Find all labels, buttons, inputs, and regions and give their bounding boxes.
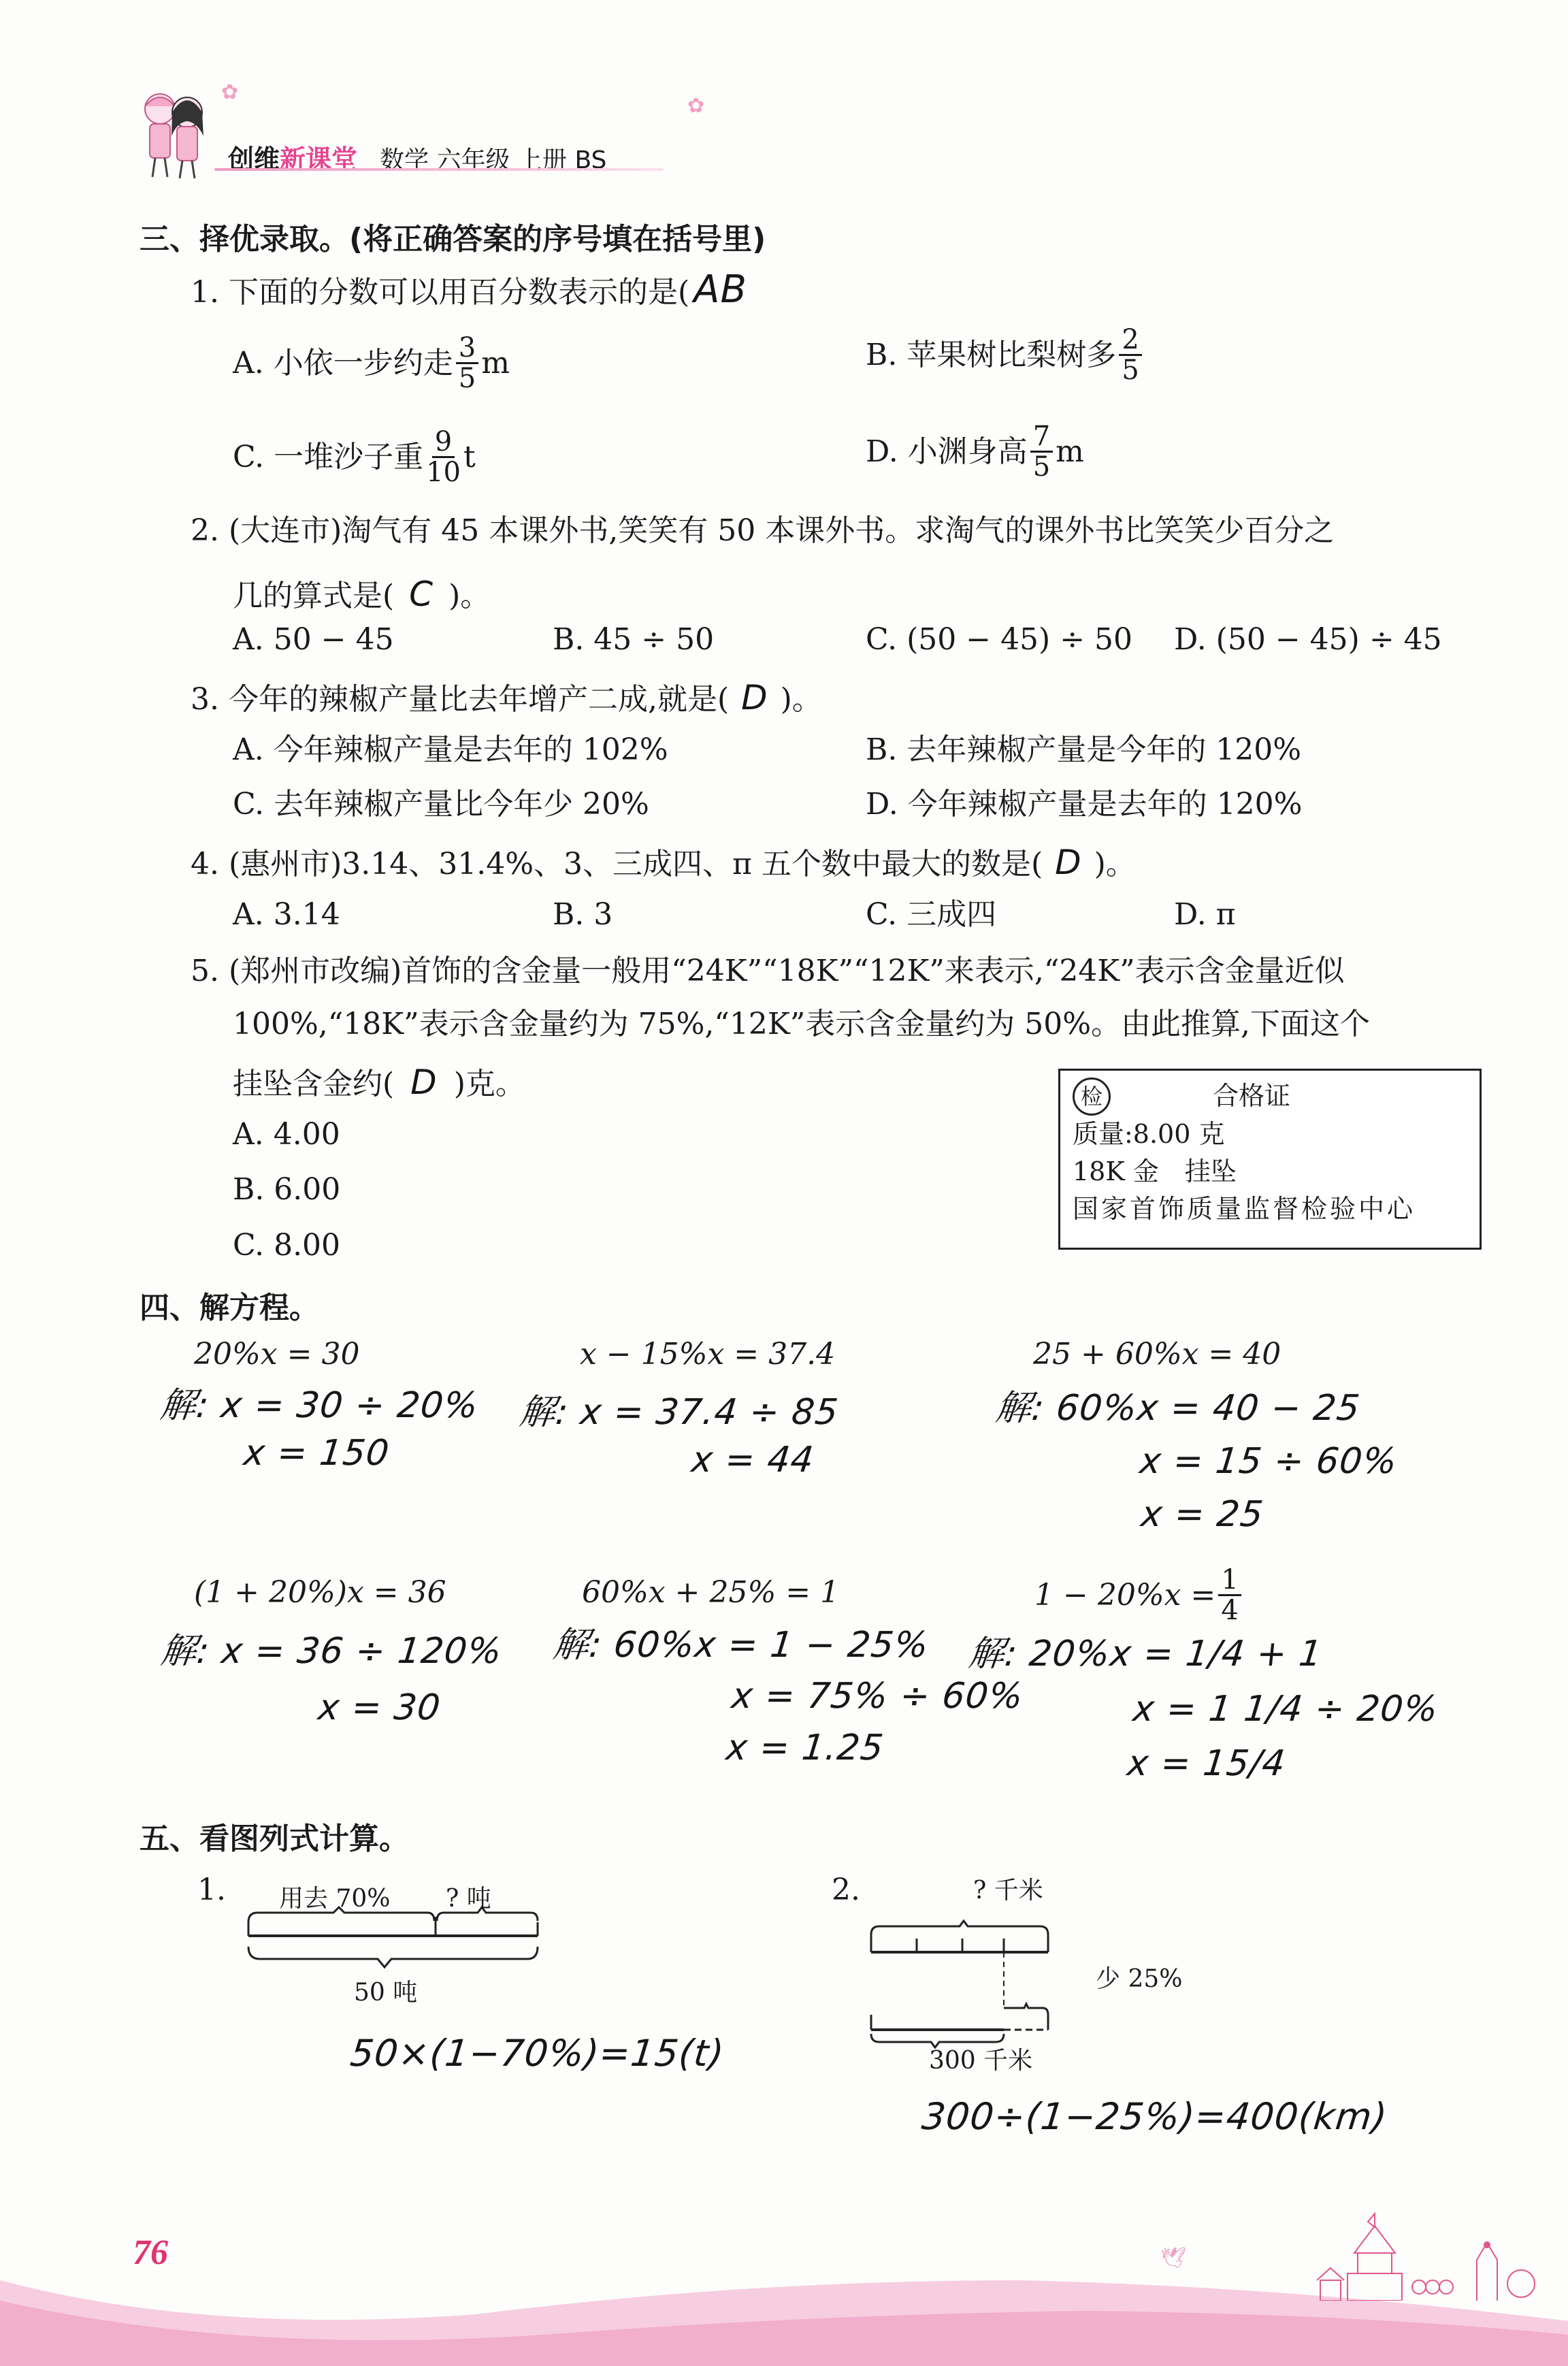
q5-stem-line1: 5. (郑州市改编)首饰的含金量一般用“24K”“18K”“12K”来表示,“2… bbox=[191, 956, 1345, 986]
q5-option-b: B. 6.00 bbox=[233, 1175, 340, 1205]
q3-option-a: A. 今年辣椒产量是去年的 102% bbox=[233, 735, 668, 765]
q2-answer[interactable]: C bbox=[409, 574, 434, 614]
q4-stem: 4. (惠州市)3.14、31.4%、3、三成四、π 五个数中最大的数是(D)。 bbox=[191, 845, 1136, 879]
section3-title: 三、择优录取。(将正确答案的序号填在括号里) bbox=[140, 214, 766, 258]
flower-decoration-icon: ✿ bbox=[687, 94, 704, 118]
problem2-answer[interactable]: 300÷(1−25%)=400(km) bbox=[920, 2095, 1390, 2138]
q1-option-a: A. 小依一步约走 35 m bbox=[233, 334, 510, 393]
school-castle-icon bbox=[1279, 2212, 1565, 2301]
fraction: 75 bbox=[1030, 422, 1053, 481]
fraction: 14 bbox=[1218, 1566, 1241, 1625]
problem1-used-label: 用去 70% bbox=[279, 1887, 390, 1911]
q2-stem-line2: 几的算式是(C)。 bbox=[233, 577, 490, 611]
problem1-total-label: 50 吨 bbox=[354, 1981, 417, 2005]
equation-1: 20%x = 30 bbox=[194, 1340, 359, 1370]
q1-answer[interactable]: AB bbox=[693, 268, 747, 312]
section4-title: 四、解方程。 bbox=[140, 1283, 319, 1327]
q1-stem: 1. 下面的分数可以用百分数表示的是(AB bbox=[191, 271, 751, 309]
equation-4-work[interactable]: 解: x = 36 ÷ 120% x = 30 bbox=[152, 1623, 504, 1736]
q4-option-a: A. 3.14 bbox=[233, 900, 340, 930]
problem1-number: 1. bbox=[197, 1875, 226, 1905]
q2-option-a: A. 50 − 45 bbox=[233, 625, 394, 655]
equation-4: (1 + 20%)x = 36 bbox=[194, 1578, 446, 1608]
equation-5: 60%x + 25% = 1 bbox=[582, 1578, 839, 1608]
q3-answer[interactable]: D bbox=[741, 678, 768, 717]
kids-mascot-icon bbox=[136, 82, 218, 184]
certificate-mass: 质量:8.00 克 bbox=[1073, 1116, 1467, 1153]
q5-stem-line3: 挂坠含金约(D)克。 bbox=[233, 1065, 525, 1099]
equation-5-work[interactable]: 解: 60%x = 1 − 25% x = 75% ÷ 60% x = 1.25 bbox=[540, 1620, 1031, 1774]
section5-title: 五、看图列式计算。 bbox=[140, 1814, 409, 1858]
q4-option-b: B. 3 bbox=[553, 900, 612, 930]
q2-option-b: B. 45 ÷ 50 bbox=[553, 625, 714, 655]
school-illustration bbox=[1279, 2212, 1565, 2301]
q4-answer[interactable]: D bbox=[1055, 843, 1082, 882]
equation-1-work[interactable]: 解: x = 30 ÷ 20% x = 150 bbox=[153, 1382, 481, 1477]
fraction: 910 bbox=[426, 427, 461, 487]
q2-option-d: D. (50 − 45) ÷ 45 bbox=[1174, 625, 1442, 655]
q1-option-b: B. 苹果树比梨树多 25 bbox=[866, 325, 1145, 385]
header-underline bbox=[214, 168, 664, 171]
q3-option-b: B. 去年辣椒产量是今年的 120% bbox=[866, 735, 1301, 765]
q1-option-d: D. 小渊身高 75 m bbox=[866, 422, 1084, 481]
problem2-number: 2. bbox=[832, 1875, 860, 1905]
equation-6-work[interactable]: 解: 20%x = 1/4 + 1 x = 1 1/4 ÷ 20% x = 15… bbox=[954, 1627, 1446, 1792]
q1-option-c: C. 一堆沙子重 910 t bbox=[233, 427, 476, 487]
q5-option-c: C. 8.00 bbox=[233, 1231, 340, 1261]
certificate-issuer: 国家首饰质量监督检验中心 bbox=[1073, 1190, 1467, 1228]
q2-stem-line1: 2. (大连市)淘气有 45 本课外书,笑笑有 50 本课外书。求淘气的课外书比… bbox=[191, 516, 1334, 546]
quality-certificate: 检 合格证 质量:8.00 克 18K 金 挂坠 国家首饰质量监督检验中心 bbox=[1058, 1069, 1482, 1250]
q4-option-d: D. π bbox=[1174, 900, 1236, 930]
line-segment-diagram-icon bbox=[864, 1913, 1245, 2049]
problem1-remaining-label: ? 吨 bbox=[446, 1887, 491, 1911]
equation-3-work[interactable]: 解: 60%x = 40 − 25 x = 15 ÷ 60% x = 25 bbox=[982, 1382, 1405, 1541]
equation-3: 25 + 60%x = 40 bbox=[1033, 1340, 1281, 1370]
q5-stem-line2: 100%,“18K”表示含金量约为 75%,“12K”表示含金量约为 50%。由… bbox=[233, 1009, 1370, 1039]
certificate-header: 检 合格证 bbox=[1073, 1077, 1467, 1116]
flower-decoration-icon: ✿ bbox=[221, 80, 238, 104]
header-illustration bbox=[136, 82, 218, 184]
problem2-less-label: 少 25% bbox=[1096, 1967, 1182, 1992]
problem2-base-label: 300 千米 bbox=[929, 2049, 1032, 2073]
page-number: 76 bbox=[133, 2233, 168, 2273]
fraction: 35 bbox=[456, 334, 478, 393]
problem1-answer[interactable]: 50×(1−70%)=15(t) bbox=[348, 2032, 727, 2075]
q4-option-c: C. 三成四 bbox=[866, 900, 996, 930]
q5-option-a: A. 4.00 bbox=[233, 1120, 340, 1150]
q2-option-c: C. (50 − 45) ÷ 50 bbox=[866, 625, 1132, 655]
fraction: 25 bbox=[1119, 325, 1141, 385]
bird-decoration-icon: 🕊 bbox=[1160, 2246, 1186, 2270]
certificate-type: 18K 金 挂坠 bbox=[1073, 1153, 1467, 1190]
equation-2-work[interactable]: 解: x = 37.4 ÷ 85 x = 44 bbox=[512, 1389, 841, 1484]
problem2-total-label: ? 千米 bbox=[973, 1879, 1043, 1903]
certificate-title: 合格证 bbox=[1213, 1077, 1290, 1115]
equation-6: 1 − 20%x = 14 bbox=[1034, 1566, 1244, 1625]
inspection-stamp-icon: 检 bbox=[1073, 1077, 1111, 1116]
q3-option-c: C. 去年辣椒产量比今年少 20% bbox=[233, 790, 649, 820]
q5-answer[interactable]: D bbox=[410, 1063, 438, 1102]
q3-stem: 3. 今年的辣椒产量比去年增产二成,就是(D)。 bbox=[191, 681, 822, 715]
q3-option-d: D. 今年辣椒产量是去年的 120% bbox=[866, 790, 1302, 820]
equation-2: x − 15%x = 37.4 bbox=[580, 1340, 835, 1370]
problem2-diagram bbox=[864, 1913, 1245, 2049]
